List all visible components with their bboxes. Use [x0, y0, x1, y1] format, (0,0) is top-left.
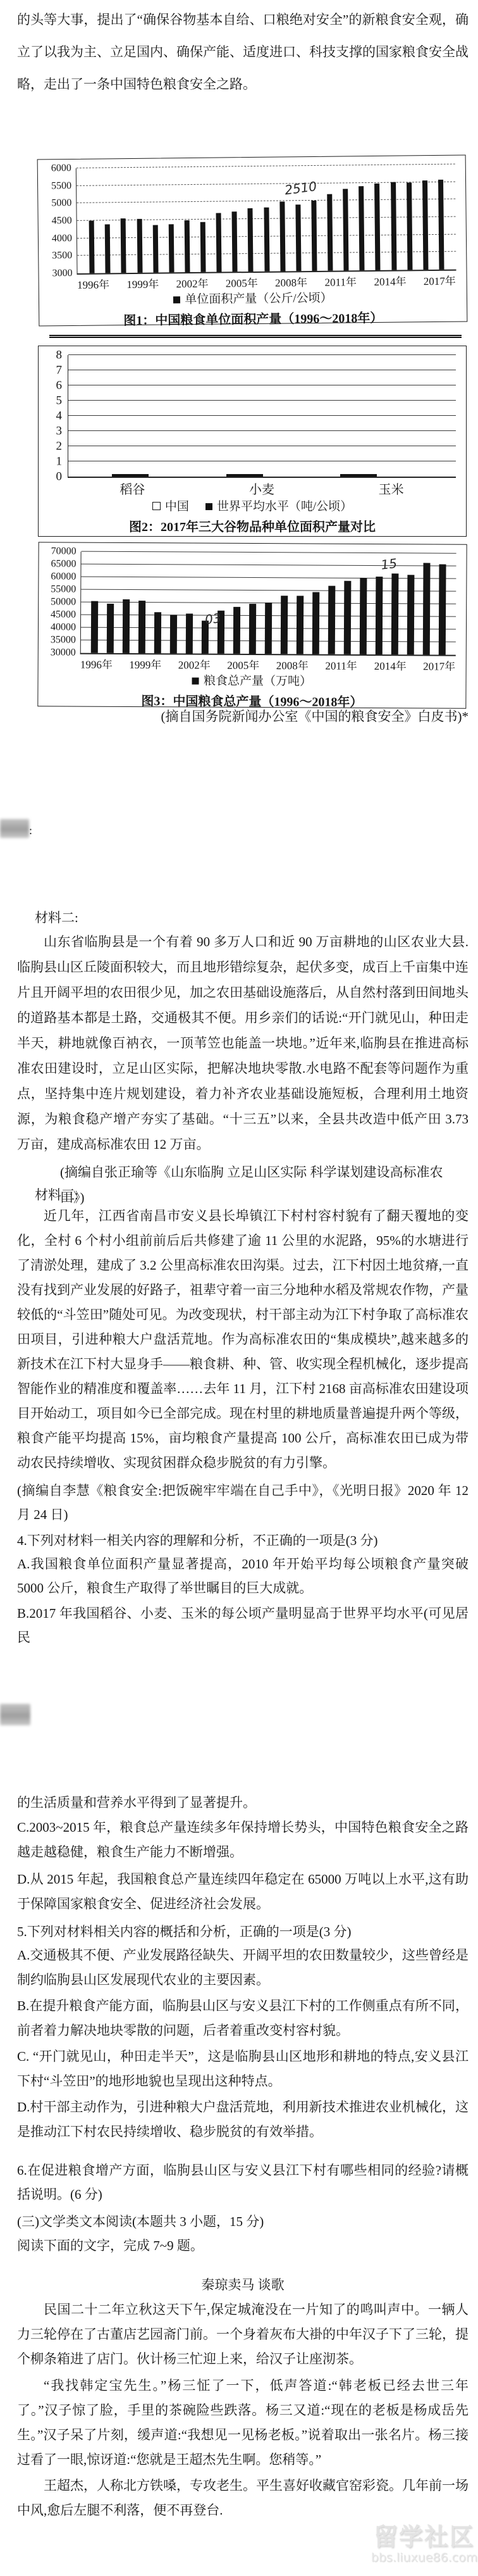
figure1-plot-area: 30003500400045005000550060002510 [76, 165, 457, 275]
figure3-legend-label: 粮食总产量（万吨） [204, 675, 312, 689]
y-axis-tick-label: 65000 [44, 559, 76, 569]
bar [328, 585, 336, 654]
question5-option-a: A.交通极其不便、产业发展路径缺失、开阔平坦的农田数量较少，这些曾经是制约临朐县… [17, 1943, 469, 1992]
y-axis-tick-label: 70000 [45, 546, 77, 556]
x-axis-tick-label: 2011年 [325, 657, 357, 673]
blurred-redaction-mark [0, 1704, 30, 1725]
figure2-plot-area: 012345678 [68, 355, 456, 478]
figure-source-citation: (摘自国务院新闻办公室《中国的粮食安全》白皮书)* [17, 704, 469, 729]
figure2-caption: 图2：2017年三大谷物品种单位面积产量对比 [39, 516, 466, 535]
question4-option-b-part2: 的生活质量和营养水平得到了显著提升。 [17, 1790, 469, 1815]
figure2-category-axis: 稻谷小麦玉米 [68, 478, 456, 496]
x-axis-tick-label: 1999年 [129, 656, 161, 672]
bar [105, 224, 111, 273]
figure1-legend-label: 单位面积产量（公斤/公顷） [185, 292, 332, 306]
x-axis-tick-label: 1996年 [77, 275, 109, 292]
material2-paragraph: 山东省临朐县是一个有着 90 多万人口和近 90 万亩耕地的山区农业大县.临朐县… [17, 929, 469, 1157]
black-square-legend-icon [192, 678, 199, 685]
figure3-box: 3000035000400004500050000550006000065000… [37, 542, 467, 709]
bar [137, 219, 142, 273]
bar [121, 218, 126, 273]
bar [248, 208, 254, 272]
bar [264, 208, 269, 272]
x-axis-tick-label: 1996年 [80, 656, 113, 672]
china-bar [112, 474, 149, 477]
x-axis-tick-label: 2008年 [275, 273, 307, 290]
x-axis-tick-label: 2005年 [227, 656, 259, 672]
black-square-legend-icon [205, 503, 212, 510]
question4-option-b-part1: B.2017 年我国稻谷、小麦、玉米的每公顷产量明显高于世界平均水平(可见居民 [17, 1601, 469, 1649]
x-axis-tick-label: 1999年 [126, 275, 159, 292]
black-square-legend-icon [173, 296, 180, 303]
handwritten-annotation: 15 [381, 556, 398, 573]
y-axis-tick-label: 6000 [40, 163, 71, 174]
bar [327, 194, 333, 271]
question5-option-c: C. “开门就见山，种田走半天”，这是临朐县山区地形和耕地的特点,安义县江下村“… [17, 2044, 469, 2094]
bar [360, 578, 367, 654]
x-axis-tick-label: 2017年 [423, 657, 455, 673]
bar [295, 205, 301, 272]
material3-paragraph: 近几年，江西省南昌市安义县长埠镇江下村村容村貌有了翻天覆地的变化，全村 6 个村… [17, 1204, 469, 1475]
y-axis-tick-label: 4 [47, 410, 62, 422]
figure1-caption: 图1：中国粮食单位面积产量（1996～2018年） [39, 306, 467, 329]
bar [107, 604, 114, 653]
category-label: 小麦 [249, 479, 274, 497]
bar [233, 607, 240, 654]
figure2-box: 012345678 稻谷小麦玉米 中国世界平均水平（吨/公顷） 图2：2017年… [38, 346, 467, 537]
bar-series [78, 165, 455, 273]
bar [423, 563, 431, 655]
bar [185, 220, 190, 272]
bar [312, 592, 320, 654]
bar [297, 596, 303, 654]
question4-stem: 4.下列对材料一相关内容的理解和分析，不正确的一项是(3 分) [17, 1528, 469, 1553]
blurred-redaction-mark [0, 819, 29, 838]
x-axis-tick-label: 2014年 [374, 657, 407, 673]
x-axis-tick-label: 2005年 [226, 274, 258, 291]
scanned-exam-page: 的头等大事，提出了“确保谷物基本自给、口粮绝对安全”的新粮食安全观，确立了以我为… [0, 0, 478, 2576]
bar [216, 213, 222, 272]
question5-stem: 5.下列对材料相关内容的概括和分析，正确的一项是(3 分) [17, 1919, 469, 1944]
y-axis-tick-label: 3 [47, 425, 62, 437]
figure2-legend: 中国世界平均水平（吨/公顷） [39, 497, 466, 514]
bar [138, 601, 145, 653]
y-axis-tick-label: 0 [47, 471, 62, 483]
x-axis-tick-label: 2002年 [178, 656, 211, 672]
material2-label: 材料二: [35, 905, 478, 930]
category-group [226, 474, 298, 477]
y-axis-tick-label: 6 [47, 380, 62, 392]
y-axis-tick-label: 5500 [40, 181, 71, 192]
question4-option-a: A.我国粮食单位面积产量显著提高，2010 年开始平均每公顷粮食产量突破 500… [17, 1552, 469, 1600]
figure3-plot-area: 3000035000400004500050000550006000065000… [80, 552, 457, 656]
question4-option-d: D.从 2015 年起，我国粮食总产量连续四年稳定在 65000 万吨以上水平,… [17, 1867, 469, 1916]
y-axis-tick-label: 55000 [44, 584, 76, 594]
bar [186, 614, 193, 654]
bar [154, 612, 161, 653]
figure2-legend-china: 中国 [165, 500, 189, 513]
x-axis-tick-label: 2011年 [324, 273, 357, 289]
story-paragraph-2: “我找韩定宝先生。”杨三怔了一下，低声答道:“韩老板已经去世三年了。”汉子惊了脸… [17, 2373, 469, 2472]
y-axis-tick-label: 3000 [40, 268, 72, 279]
y-axis-tick-label: 5000 [40, 198, 71, 209]
bar [232, 211, 238, 272]
bar [91, 601, 98, 653]
y-axis-tick-label: 35000 [44, 635, 76, 645]
category-label: 稻谷 [120, 479, 145, 497]
bar [265, 603, 272, 654]
bar [438, 180, 444, 270]
figure3-legend: 粮食总产量（万吨） [38, 670, 465, 690]
x-axis-tick-label: 2014年 [374, 272, 406, 289]
double-rule-divider [49, 335, 462, 338]
category-group [112, 474, 184, 477]
question6: 6.在促进粮食增产方面，临朐县山区与安义县江下村有哪些相同的经验?请概括说明。(… [17, 2158, 469, 2206]
bar [123, 599, 130, 653]
bar [152, 225, 158, 273]
y-axis-tick-label: 4000 [40, 234, 72, 244]
category-label: 玉米 [379, 479, 404, 497]
bar [407, 575, 415, 654]
site-watermark: 留学社区 bbs.liuxue86.com [371, 2524, 478, 2565]
bar [344, 581, 352, 654]
y-axis-tick-label: 30000 [44, 647, 76, 658]
figure1-box: 30003500400045005000550060002510 1996年19… [37, 154, 468, 326]
bar-groups [70, 355, 455, 477]
section3-instruction: 阅读下面的文字，完成 7~9 题。 [17, 2233, 469, 2258]
bar [374, 184, 380, 270]
question4-option-c: C.2003~2015 年，粮食总产量连续多年保持增长势头，中国特色粮食安全之路… [17, 1815, 469, 1865]
y-axis-tick-label: 45000 [44, 610, 76, 620]
intro-paragraph: 的头等大事，提出了“确保谷物基本自给、口粮绝对安全”的新粮食安全观，确立了以我为… [17, 4, 469, 101]
figure3-x-axis: 1996年1999年2002年2005年2008年2011年2014年2017年 [80, 654, 456, 672]
question5-option-d: D.村干部主动作为，引进种粮大户盘活荒地，利用新技术推进农业机械化，这是推动江下… [17, 2095, 469, 2144]
section3-heading: (三)文学类文本阅读(本题共 3 小题，15 分) [17, 2209, 469, 2234]
bar [249, 604, 256, 654]
bar [439, 564, 446, 654]
bar [422, 180, 428, 270]
bar [407, 182, 412, 270]
question5-option-b: B.在提升粮食产能方面，临朐县山区与安义县江下村的工作侧重点有所不同，前者着力解… [17, 1994, 469, 2043]
watermark-logo-text: 留学社区 [371, 2524, 478, 2551]
y-axis-tick-label: 8 [47, 349, 62, 361]
bar [281, 596, 288, 654]
china-bar [226, 474, 263, 477]
y-axis-tick-label: 1 [47, 456, 62, 468]
handwritten-annotation: 03 [204, 610, 221, 627]
bar-series [82, 552, 455, 655]
y-axis-tick-label: 5 [47, 395, 62, 407]
bar [391, 182, 396, 270]
y-axis-tick-label: 2 [47, 441, 62, 453]
x-axis-tick-label: 2017年 [424, 272, 456, 289]
y-axis-tick-label: 40000 [44, 622, 76, 632]
material3-source: (摘编自李慧《粮食安全:把饭碗牢牢端在自己手中》，《光明日报》2020 年 12… [17, 1479, 469, 1527]
category-group [340, 474, 412, 477]
y-axis-tick-label: 3500 [40, 251, 72, 261]
y-axis-tick-label: 4500 [40, 216, 72, 227]
story-paragraph-3: 王超杰，人称北方铁嗓，专攻老生。平生喜好收藏官窑彩瓷。几年前一场中风,愈后左腿不… [17, 2473, 469, 2523]
bar [170, 615, 177, 653]
watermark-url-text: bbs.liuxue86.com [371, 2551, 478, 2565]
x-axis-tick-label: 2008年 [276, 656, 309, 672]
y-axis-tick-label: 50000 [44, 597, 76, 607]
y-axis-tick-label: 60000 [44, 572, 76, 582]
bar [89, 221, 95, 273]
bar [168, 225, 174, 273]
bar [376, 577, 383, 654]
white-square-legend-icon [152, 502, 161, 510]
x-axis-tick-label: 2002年 [176, 275, 208, 291]
blob-colon-text: : [29, 824, 32, 837]
bar [358, 186, 364, 270]
story-title: 秦琼卖马 谈歌 [17, 2272, 469, 2298]
bar [311, 201, 317, 271]
figure1-x-axis: 1996年1999年2002年2005年2008年2011年2014年2017年 [77, 271, 457, 290]
figure2-legend-world: 世界平均水平（吨/公顷） [217, 500, 352, 513]
y-axis-tick-label: 7 [47, 365, 62, 377]
bar [200, 222, 206, 272]
bar [279, 201, 285, 271]
china-bar [340, 474, 377, 477]
bar [391, 573, 399, 654]
story-paragraph-1: 民国二十二年立秋这天下午,保定城淹没在一片知了的鸣叫声中。一辆人力三轮停在了古董… [17, 2298, 469, 2372]
bar [343, 189, 348, 271]
